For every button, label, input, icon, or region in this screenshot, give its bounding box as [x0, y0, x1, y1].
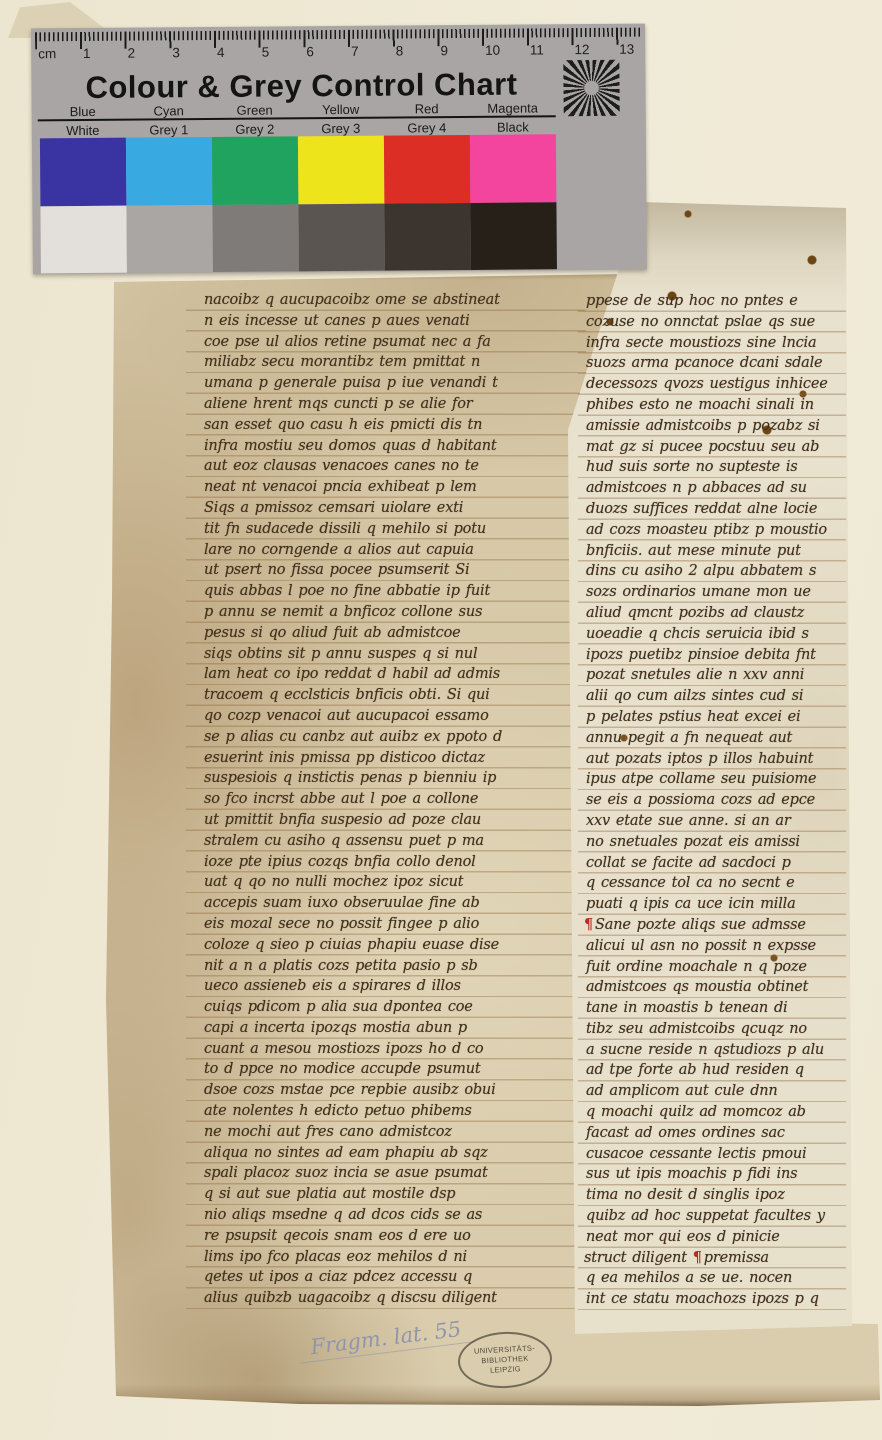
manuscript-line: tracoem q ecclsticis bnficis obti. Si qu…	[186, 685, 586, 706]
manuscript-line: collat se facite ad sacdoci p	[578, 853, 846, 874]
manuscript-line: alicui ul asn no possit n expsse	[578, 936, 846, 957]
manuscript-line: ut pmittit bnfia suspesio ad poze clau	[186, 810, 586, 831]
manuscript-line: aliud qmcnt pozibs ad claustz	[578, 603, 846, 624]
grey-patch-label: Grey 4	[384, 120, 470, 136]
manuscript-line: se eis a possioma cozs ad epce	[578, 790, 846, 811]
manuscript-line: cuiqs pdicom p alia sua dpontea coe	[186, 997, 586, 1018]
ruler-label: 9	[437, 43, 482, 58]
color-patch	[384, 135, 471, 204]
rubric-mark: ¶	[693, 1249, 702, 1266]
manuscript-line: ate nolentes h edicto petuo phibems	[186, 1101, 586, 1122]
manuscript-line: nio aliqs msedne q ad dcos cids se as	[186, 1205, 586, 1226]
manuscript-line: admistcoes qs moustia obtinet	[578, 977, 846, 998]
grey-patch-label: Grey 2	[212, 121, 298, 137]
manuscript-line: xxv etate sue anne. si an ar	[578, 811, 846, 832]
grey-patch-row	[40, 202, 557, 273]
manuscript-line: ppese de sup hoc no pntes e	[578, 291, 846, 312]
grey-patch	[470, 202, 557, 270]
manuscript-line: ne mochi aut fres cano admistcoz	[186, 1122, 586, 1143]
manuscript-line: facast ad omes ordines sac	[578, 1123, 846, 1144]
manuscript-line: suozs arma pcanoce dcani sdale	[578, 353, 846, 374]
manuscript-line: ¶Sane pozte aliqs sue admsse	[578, 915, 846, 936]
manuscript-line: pozat snetules alie n xxv anni	[578, 665, 846, 686]
siemens-star-icon	[563, 60, 619, 116]
manuscript-line: spali placoz suoz incia se asue psumat	[186, 1163, 586, 1184]
manuscript-line: qetes ut ipos a ciaz pdcez accessu q	[186, 1267, 586, 1288]
manuscript-line: nacoibz q aucupacoibz ome se abstineat	[186, 290, 586, 311]
manuscript-line: struct diligent ¶premissa	[578, 1248, 846, 1269]
grey-patch-label: White	[40, 123, 126, 139]
grey-patch	[298, 204, 385, 272]
manuscript-line: lims ipo fco placas eoz mehilos d ni	[186, 1247, 586, 1268]
ruler-label: 5	[259, 44, 304, 59]
manuscript-line: cozuse no onnctat pslae qs sue	[578, 312, 846, 333]
manuscript-line: duozs suffices reddat alne locie	[578, 499, 846, 520]
manuscript-line: alius quibzb uagacoibz q discsu diligent	[186, 1288, 586, 1309]
manuscript-line: dsoe cozs mstae pce repbie ausibz obui	[186, 1080, 586, 1101]
manuscript-line: q si aut sue platia aut mostile dsp	[186, 1184, 586, 1205]
manuscript-line: mat gz si pucee pocstuu seu ab	[578, 437, 846, 458]
color-patch-label: Red	[384, 101, 470, 117]
manuscript-line: Siqs a pmissoz cemsari uiolare exti	[186, 498, 586, 519]
manuscript-line: quibz ad hoc suppetat facultes y	[578, 1206, 846, 1227]
manuscript-line: siqs obtins sit p annu suspes q si nul	[186, 644, 586, 665]
color-patch-row	[40, 134, 557, 206]
manuscript-line: int ce statu moachozs ipozs p q	[578, 1289, 846, 1310]
ruler-label: 10	[482, 43, 527, 58]
manuscript-line: neat nt venacoi pncia exhibeat p lem	[186, 477, 586, 498]
ruler-label: 12	[571, 42, 616, 57]
manuscript-line: q moachi quilz ad momcoz ab	[578, 1102, 846, 1123]
ruler-label: 3	[169, 45, 214, 60]
manuscript-line: p pelates pstius heat excei ei	[578, 707, 846, 728]
grey-patch-label: Grey 3	[298, 121, 384, 137]
manuscript-line: se p alias cu canbz aut auibz ex ppoto d	[186, 727, 586, 748]
manuscript-line: neat mor qui eos d pinicie	[578, 1227, 846, 1248]
manuscript-line: phibes esto ne moachi sinali in	[578, 395, 846, 416]
ruler-label: 13	[616, 41, 661, 56]
manuscript-line: hud suis sorte no supteste is	[578, 457, 846, 478]
manuscript-line: infra mostiu seu domos quas d habitant	[186, 436, 586, 457]
manuscript-line: re psupsit qecois snam eos d ere uo	[186, 1226, 586, 1247]
manuscript-line: ut psert no fissa pocee psumserit Si	[186, 560, 586, 581]
manuscript-line: qo cozp venacoi aut aucupacoi essamo	[186, 706, 586, 727]
manuscript-line: coe pse ul alios retine psumat nec a fa	[186, 332, 586, 353]
manuscript-line: cusacoe cessante lectis pmoui	[578, 1144, 846, 1165]
manuscript-line: ipozs puetibz pinsioe debita fnt	[578, 645, 846, 666]
manuscript-line: q cessance tol ca no secnt e	[578, 873, 846, 894]
grey-patch-label: Grey 1	[126, 122, 212, 138]
ruler-label: 4	[214, 45, 259, 60]
manuscript-line: pesus si qo aliud fuit ab admistcoe	[186, 623, 586, 644]
color-control-chart: cm12345678910111213 Colour & Grey Contro…	[31, 24, 647, 275]
manuscript-line: aut eoz clausas venacoes canes no te	[186, 456, 586, 477]
manuscript-line: q ea mehilos a se ue. nocen	[578, 1268, 846, 1289]
color-patch	[470, 134, 557, 203]
manuscript-line: aliene hrent mqs cuncti p se alie for	[186, 394, 586, 415]
manuscript-line: sus ut ipis moachis p fidi ins	[578, 1164, 846, 1185]
grey-patch	[40, 206, 127, 274]
color-patch	[126, 137, 213, 206]
ruler-label: 1	[80, 46, 125, 61]
manuscript-line: tane in moastis b tenean di	[578, 998, 846, 1019]
manuscript-line: tima no desit d singlis ipoz	[578, 1185, 846, 1206]
color-patch-label: Yellow	[298, 102, 384, 118]
grey-patch	[212, 204, 299, 272]
color-patch	[40, 138, 127, 207]
grey-patch	[384, 203, 471, 271]
manuscript-line: ad cozs moasteu ptibz p moustio	[578, 520, 846, 541]
manuscript-line: puati q ipis ca uce icin milla	[578, 894, 846, 915]
manuscript-line: bnficiis. aut mese minute put	[578, 541, 846, 562]
color-patch-label: Blue	[40, 104, 126, 120]
ruler-label: 7	[348, 44, 393, 59]
manuscript-line: uat q qo no nulli mochez ipoz sicut	[186, 872, 586, 893]
color-patch-label: Cyan	[126, 103, 212, 119]
manuscript-line: so fco incrst abbe aut l poe a collone	[186, 789, 586, 810]
manuscript-line: stralem cu asiho q assensu puet p ma	[186, 831, 586, 852]
manuscript-line: ueco assieneb eis a spirares d illos	[186, 976, 586, 997]
rubric-mark: ¶	[584, 916, 593, 933]
color-patch	[212, 136, 299, 205]
manuscript-line: alii qo cum ailzs sintes cud si	[578, 686, 846, 707]
manuscript-line: no snetuales pozat eis amissi	[578, 832, 846, 853]
manuscript-line: tit fn sudacede dissili q mehilo si potu	[186, 519, 586, 540]
manuscript-line: quis abbas l poe no fine abbatie ip fuit	[186, 581, 586, 602]
manuscript-line: eis mozal sece no possit fingee p alio	[186, 914, 586, 935]
manuscript-line: aut pozats iptos p illos habuint	[578, 749, 846, 770]
manuscript-line: lare no corngende a alios aut capuia	[186, 540, 586, 561]
manuscript-line: san esset quo casu h eis pmicti dis tn	[186, 415, 586, 436]
color-patch-label: Magenta	[470, 100, 556, 116]
manuscript-line: admistcoes n p abbaces ad su	[578, 478, 846, 499]
manuscript-line: ad amplicom aut cule dnn	[578, 1081, 846, 1102]
manuscript-line: n eis incesse ut canes p aues venati	[186, 311, 586, 332]
manuscript-line: fuit ordine moachale n q poze	[578, 957, 846, 978]
grey-patch-label: Black	[470, 119, 556, 135]
manuscript-line: ad tpe forte ab hud residen q	[578, 1060, 846, 1081]
text-column-right: ppese de sup hoc no pntes e cozuse no on…	[578, 291, 846, 1313]
manuscript-line: dins cu asiho 2 alpu abbatem s	[578, 561, 846, 582]
manuscript-line: nit a n a platis cozs petita pasio p sb	[186, 956, 586, 977]
manuscript-line: p annu se nemit a bnficoz collone sus	[186, 602, 586, 623]
manuscript-line: decessozs qvozs uestigus inhicee	[578, 374, 846, 395]
manuscript-line: infra secte moustiozs sine lncia	[578, 333, 846, 354]
color-patch	[298, 136, 385, 205]
manuscript-line: ioze pte ipius cozqs bnfia collo denol	[186, 852, 586, 873]
manuscript-line: annu pegit a fn nequeat aut	[578, 728, 846, 749]
manuscript-line: tibz seu admistcoibs qcuqz no	[578, 1019, 846, 1040]
manuscript-line: esuerint inis pmissa pp disticoo dictaz	[186, 748, 586, 769]
color-patch-label: Green	[212, 102, 298, 118]
manuscript-line: lam heat co ipo reddat d habil ad admis	[186, 664, 586, 685]
grey-patch	[126, 205, 213, 273]
manuscript-line: miliabz secu morantibz tem pmittat n	[186, 352, 586, 373]
manuscript-line: to d ppce no modice accupde psumut	[186, 1059, 586, 1080]
manuscript-line: a sucne reside n qstudiozs p alu	[578, 1040, 846, 1061]
manuscript-line: amissie admistcoibs p pozabz si	[578, 416, 846, 437]
manuscript-line: umana p generale puisa p iue venandi t	[186, 373, 586, 394]
manuscript-line: aliqua no sintes ad eam phapiu ab sqz	[186, 1143, 586, 1164]
manuscript-line: accepis suam iuxo obseruulae fine ab	[186, 893, 586, 914]
manuscript-line: ipus atpe collame seu puisiome	[578, 769, 846, 790]
manuscript-line: capi a incerta ipozqs mostia abun p	[186, 1018, 586, 1039]
ruler-label: 2	[125, 45, 170, 60]
manuscript-line: uoeadie q chcis seruicia ibid s	[578, 624, 846, 645]
manuscript-line: sozs ordinarios umane mon ue	[578, 582, 846, 603]
ruler-label: 8	[393, 43, 438, 58]
manuscript-line: coloze q sieo p ciuias phapiu euase dise	[186, 935, 586, 956]
manuscript-line: suspesiois q instictis penas p bienniu i…	[186, 768, 586, 789]
ruler-label: cm	[35, 46, 80, 61]
manuscript-line: cuant a mesou mostiozs ipozs ho d co	[186, 1039, 586, 1060]
ruler-label: 6	[303, 44, 348, 59]
ruler-label: 11	[527, 42, 572, 57]
text-column-left: nacoibz q aucupacoibz ome se abstineat n…	[186, 290, 586, 1312]
